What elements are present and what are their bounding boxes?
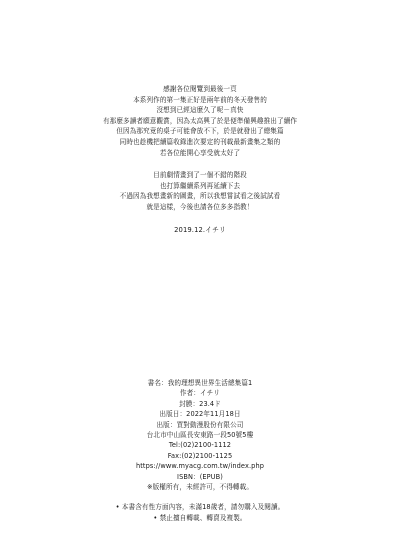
- colophon-publish-date: 出版日：2022年11月18日: [0, 409, 400, 419]
- signature-date: 2019.12.イチリ: [0, 225, 400, 236]
- afterword-line: 沒想到已經這麼久了呢－真快: [0, 105, 400, 116]
- colophon: 書名：我的理想異世界生活總集篇1 作者：イチリ 封膜：23.4ド 出版日：202…: [0, 378, 400, 492]
- colophon-copyright: ※版權所有，未經許可，不得轉載。: [0, 482, 400, 492]
- colophon-fax: Fax:(02)2100-1125: [0, 451, 400, 461]
- author-signature: 2019.12.イチリ: [0, 225, 400, 236]
- colophon-address: 台北市中山區長安東路一段50號5樓: [0, 430, 400, 440]
- afterword-line: 不過因為我想畫新的圖畫，所以我想嘗試看之後試試看: [0, 191, 400, 202]
- book-page: 感謝各位閱覽到最後一頁 本系列作的第一集正好是兩年前的冬天發售的 沒想到已經這麼…: [0, 0, 400, 560]
- content-notice: • 本書含有性方面內容，未滿18歲者，請勿購入及閱讀。 • 禁止擅自轉載、轉賣及…: [0, 502, 400, 523]
- afterword-line: 有那麼多讀者願意觀賞，因為太高興了於是便準備興趣推出了續作: [0, 116, 400, 127]
- afterword-line: 但因為那究竟的桌子可能會放不下，於是就發出了總集篇: [0, 126, 400, 137]
- afterword-line: 本系列作的第一集正好是兩年前的冬天發售的: [0, 95, 400, 106]
- afterword-paragraph-2: 目前劇情畫到了一個不錯的階段 也打算繼續系列再延續下去 不過因為我想畫新的圖畫，…: [0, 170, 400, 212]
- afterword-line: 就是這樣，今後也請各位多多指教！: [0, 202, 400, 213]
- afterword-paragraph-1: 感謝各位閱覽到最後一頁 本系列作的第一集正好是兩年前的冬天發售的 沒想到已經這麼…: [0, 84, 400, 158]
- afterword-line: 若各位能開心享受就太好了: [0, 148, 400, 159]
- afterword-line: 目前劇情畫到了一個不錯的階段: [0, 170, 400, 181]
- age-warning: • 本書含有性方面內容，未滿18歲者，請勿購入及閱讀。: [0, 502, 400, 513]
- colophon-cover: 封膜：23.4ド: [0, 399, 400, 409]
- colophon-tel: Tel:(02)2100-1112: [0, 440, 400, 450]
- reproduction-warning: • 禁止擅自轉載、轉賣及複製。: [0, 513, 400, 524]
- afterword-line: 同時也趁機把續篇收錄進次要定的刊載最新畫集之類的: [0, 137, 400, 148]
- colophon-publisher: 出版：買對動漫股份有限公司: [0, 420, 400, 430]
- colophon-website: https://www.myacg.com.tw/index.php: [0, 461, 400, 471]
- colophon-author: 作者：イチリ: [0, 388, 400, 398]
- colophon-title: 書名：我的理想異世界生活總集篇1: [0, 378, 400, 388]
- colophon-isbn: ISBN：(EPUB): [0, 472, 400, 482]
- afterword-line: 也打算繼續系列再延續下去: [0, 181, 400, 192]
- afterword-line: 感謝各位閱覽到最後一頁: [0, 84, 400, 95]
